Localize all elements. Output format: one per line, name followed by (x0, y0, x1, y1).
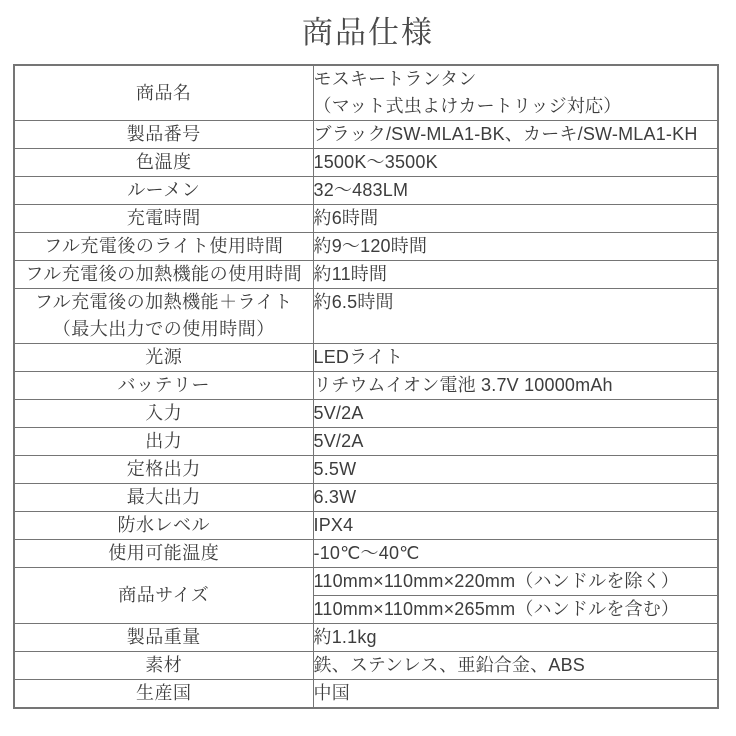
page-title: 商品仕様 (0, 0, 736, 64)
spec-row: フル充電後のライト使用時間約9～120時間 (14, 233, 718, 261)
spec-label: 定格出力 (14, 456, 313, 484)
spec-table-body: 商品名モスキートランタン（マット式虫よけカートリッジ対応）製品番号ブラック/SW… (14, 65, 718, 708)
spec-label: 防水レベル (14, 512, 313, 540)
spec-label: 充電時間 (14, 205, 313, 233)
spec-label: 出力 (14, 428, 313, 456)
spec-row: バッテリーリチウムイオン電池 3.7V 10000mAh (14, 372, 718, 400)
spec-label: 光源 (14, 344, 313, 372)
spec-label: 製品重量 (14, 624, 313, 652)
spec-value: 5V/2A (313, 400, 718, 428)
spec-row: 出力5V/2A (14, 428, 718, 456)
spec-row: 使用可能温度-10℃～40℃ (14, 540, 718, 568)
spec-label: バッテリー (14, 372, 313, 400)
spec-label: 商品サイズ (14, 568, 313, 624)
spec-label: 素材 (14, 652, 313, 680)
spec-value: 約6.5時間 (313, 289, 718, 344)
spec-row: ルーメン32～483LM (14, 177, 718, 205)
spec-value: モスキートランタン（マット式虫よけカートリッジ対応） (313, 65, 718, 121)
spec-label: 使用可能温度 (14, 540, 313, 568)
spec-row: 防水レベルIPX4 (14, 512, 718, 540)
product-spec-page: 商品仕様 商品名モスキートランタン（マット式虫よけカートリッジ対応）製品番号ブラ… (0, 0, 736, 736)
spec-value: LEDライト (313, 344, 718, 372)
spec-row: 製品重量約1.1kg (14, 624, 718, 652)
spec-label: フル充電後の加熱機能の使用時間 (14, 261, 313, 289)
spec-label: フル充電後の加熱機能＋ライト（最大出力での使用時間） (14, 289, 313, 344)
spec-row: 生産国中国 (14, 680, 718, 709)
spec-row: フル充電後の加熱機能の使用時間約11時間 (14, 261, 718, 289)
spec-value: 約9～120時間 (313, 233, 718, 261)
spec-value: -10℃～40℃ (313, 540, 718, 568)
spec-row: 製品番号ブラック/SW-MLA1-BK、カーキ/SW-MLA1-KH (14, 121, 718, 149)
spec-row: 素材鉄、ステンレス、亜鉛合金、ABS (14, 652, 718, 680)
spec-label: 製品番号 (14, 121, 313, 149)
spec-value: 110mm×110mm×265mm（ハンドルを含む） (313, 596, 718, 624)
spec-label: 生産国 (14, 680, 313, 709)
spec-row: 充電時間約6時間 (14, 205, 718, 233)
spec-row: 最大出力6.3W (14, 484, 718, 512)
spec-row: 定格出力5.5W (14, 456, 718, 484)
spec-row: 入力5V/2A (14, 400, 718, 428)
spec-value: 5.5W (313, 456, 718, 484)
spec-value: 中国 (313, 680, 718, 709)
spec-label: 入力 (14, 400, 313, 428)
spec-row: 光源LEDライト (14, 344, 718, 372)
spec-row: 商品名モスキートランタン（マット式虫よけカートリッジ対応） (14, 65, 718, 121)
spec-value: 約6時間 (313, 205, 718, 233)
spec-value: ブラック/SW-MLA1-BK、カーキ/SW-MLA1-KH (313, 121, 718, 149)
spec-value: IPX4 (313, 512, 718, 540)
spec-value: 32～483LM (313, 177, 718, 205)
spec-value: 約1.1kg (313, 624, 718, 652)
spec-value: 鉄、ステンレス、亜鉛合金、ABS (313, 652, 718, 680)
spec-value: 1500K～3500K (313, 149, 718, 177)
spec-row: 色温度1500K～3500K (14, 149, 718, 177)
spec-value: 5V/2A (313, 428, 718, 456)
spec-row: フル充電後の加熱機能＋ライト（最大出力での使用時間）約6.5時間 (14, 289, 718, 344)
spec-label: フル充電後のライト使用時間 (14, 233, 313, 261)
spec-label: 最大出力 (14, 484, 313, 512)
spec-row: 商品サイズ110mm×110mm×220mm（ハンドルを除く） (14, 568, 718, 596)
spec-label: 商品名 (14, 65, 313, 121)
spec-label: ルーメン (14, 177, 313, 205)
spec-table: 商品名モスキートランタン（マット式虫よけカートリッジ対応）製品番号ブラック/SW… (13, 64, 719, 709)
spec-label: 色温度 (14, 149, 313, 177)
spec-value: 6.3W (313, 484, 718, 512)
spec-value: 約11時間 (313, 261, 718, 289)
spec-value: リチウムイオン電池 3.7V 10000mAh (313, 372, 718, 400)
spec-value: 110mm×110mm×220mm（ハンドルを除く） (313, 568, 718, 596)
